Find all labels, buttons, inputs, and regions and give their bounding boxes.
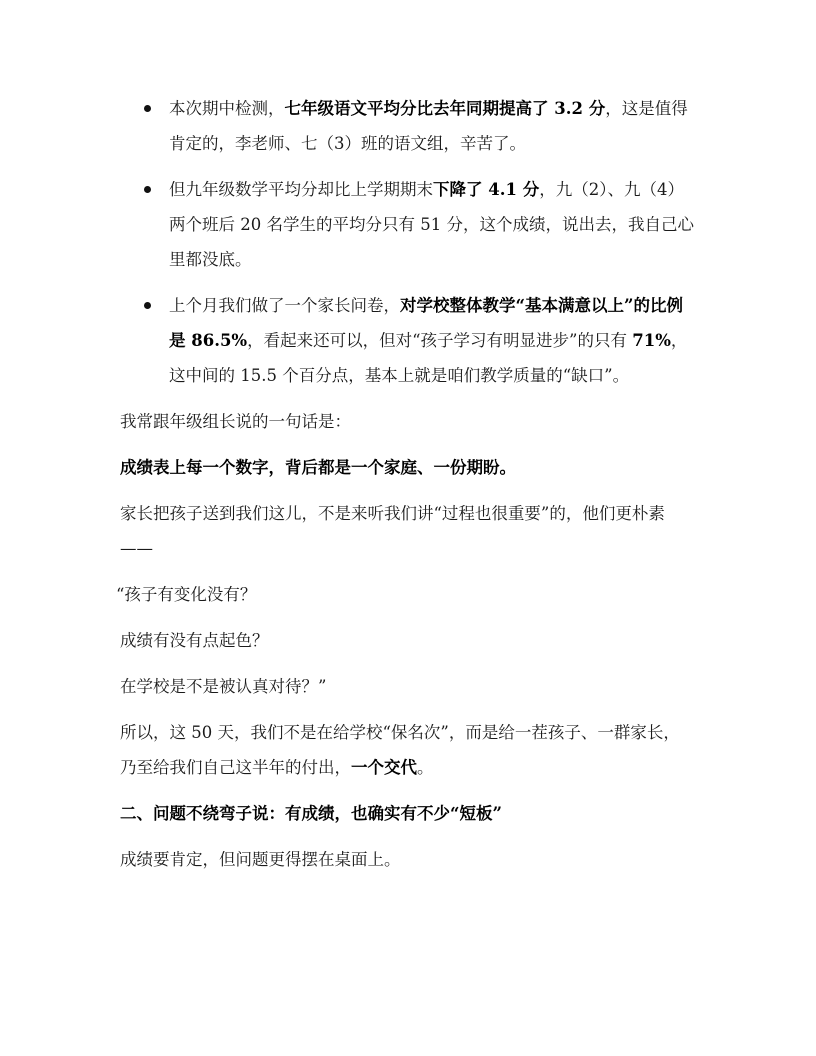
paragraph-section-intro: 成绩要肯定，但问题更得摆在桌面上。 [120,842,696,877]
paragraph-parents-expect: 家长把孩子送到我们这儿，不是来听我们讲“过程也很重要”的，他们更朴素—— [120,496,696,566]
text-segment: 。 [417,758,434,777]
paragraph-conclusion: 所以，这 50 天，我们不是在给学校“保名次”，而是给一茬孩子、一群家长，乃至给… [120,715,696,785]
quote-line-1: “孩子有变化没有？ [120,577,696,612]
bullet-item-chinese-score: 本次期中检测，七年级语文平均分比去年同期提高了 3.2 分，这是值得肯定的，李老… [120,91,696,161]
text-segment: 但九年级数学平均分却比上学期期末 [169,180,433,199]
bullet-item-parent-survey: 上个月我们做了一个家长问卷，对学校整体教学“基本满意以上”的比例是 86.5%，… [120,288,696,393]
quote-line-2: 成绩有没有点起色？ [120,623,696,658]
bullet-dot-icon [144,105,151,112]
text-segment: 本次期中检测， [169,99,285,118]
bold-segment: 七年级语文平均分比去年同期提高了 3.2 分 [285,99,606,118]
bold-segment: 下降了 4.1 分 [433,180,539,199]
section-heading: 二、问题不绕弯子说：有成绩，也确实有不少“短板” [120,796,696,831]
paragraph-intro-saying: 我常跟年级组长说的一句话是： [120,404,696,439]
document-page: 本次期中检测，七年级语文平均分比去年同期提高了 3.2 分，这是值得肯定的，李老… [120,91,696,888]
bold-segment: 71% [632,331,671,350]
bold-segment: 一个交代 [351,758,417,777]
quote-line-3: 在学校是不是被认真对待？” [120,669,696,704]
bullet-dot-icon [144,186,151,193]
bullet-list: 本次期中检测，七年级语文平均分比去年同期提高了 3.2 分，这是值得肯定的，李老… [120,91,696,393]
bullet-dot-icon [144,302,151,309]
paragraph-key-saying: 成绩表上每一个数字，背后都是一个家庭、一份期盼。 [120,450,696,485]
bullet-item-math-score: 但九年级数学平均分却比上学期期末下降了 4.1 分，九（2）、九（4）两个班后 … [120,172,696,277]
text-segment: 上个月我们做了一个家长问卷， [169,296,400,315]
text-segment: ，看起来还可以，但对“孩子学习有明显进步”的只有 [247,331,632,350]
